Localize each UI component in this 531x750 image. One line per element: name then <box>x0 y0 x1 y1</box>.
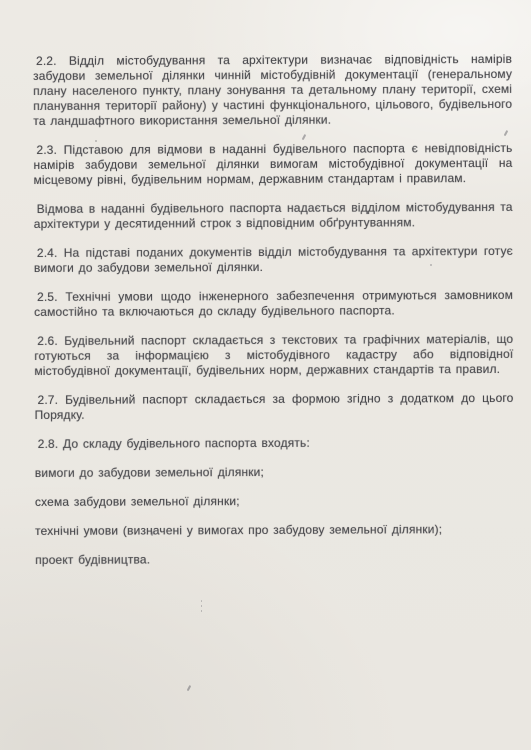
paragraph-2-6: 2.6. Будівельний паспорт складається з т… <box>34 332 513 379</box>
paragraph-2-8: 2.8. До складу будівельного паспорта вхо… <box>35 435 514 452</box>
scanned-page: 2.2. Відділ містобудування та архітектур… <box>0 0 531 750</box>
scan-speck <box>95 140 97 142</box>
scan-speck <box>201 600 202 614</box>
paragraph-2-4: 2.4. На підставі поданих документів відд… <box>34 244 513 276</box>
list-item-construction-project: проект будівництва. <box>35 551 514 568</box>
scan-speck <box>430 264 432 266</box>
list-item-technical-conditions: технічні умови (визначені у вимогах про … <box>35 522 514 539</box>
list-item-requirements: вимоги до забудови земельної ділянки; <box>35 464 514 481</box>
paragraph-2-5: 2.5. Технічні умови щодо інженерного заб… <box>34 288 513 320</box>
paragraph-2-3: 2.3. Підставою для відмови в наданні буд… <box>33 141 512 188</box>
scan-speck <box>187 685 191 691</box>
document-text-block: 2.2. Відділ містобудування та архітектур… <box>33 52 514 582</box>
paragraph-refusal-note: Відмова в наданні будівельного паспорта … <box>34 200 513 232</box>
list-item-scheme: схема забудови земельної ділянки; <box>35 493 514 510</box>
paragraph-2-2: 2.2. Відділ містобудування та архітектур… <box>33 52 512 129</box>
paragraph-2-7: 2.7. Будівельний паспорт складається за … <box>34 391 513 423</box>
